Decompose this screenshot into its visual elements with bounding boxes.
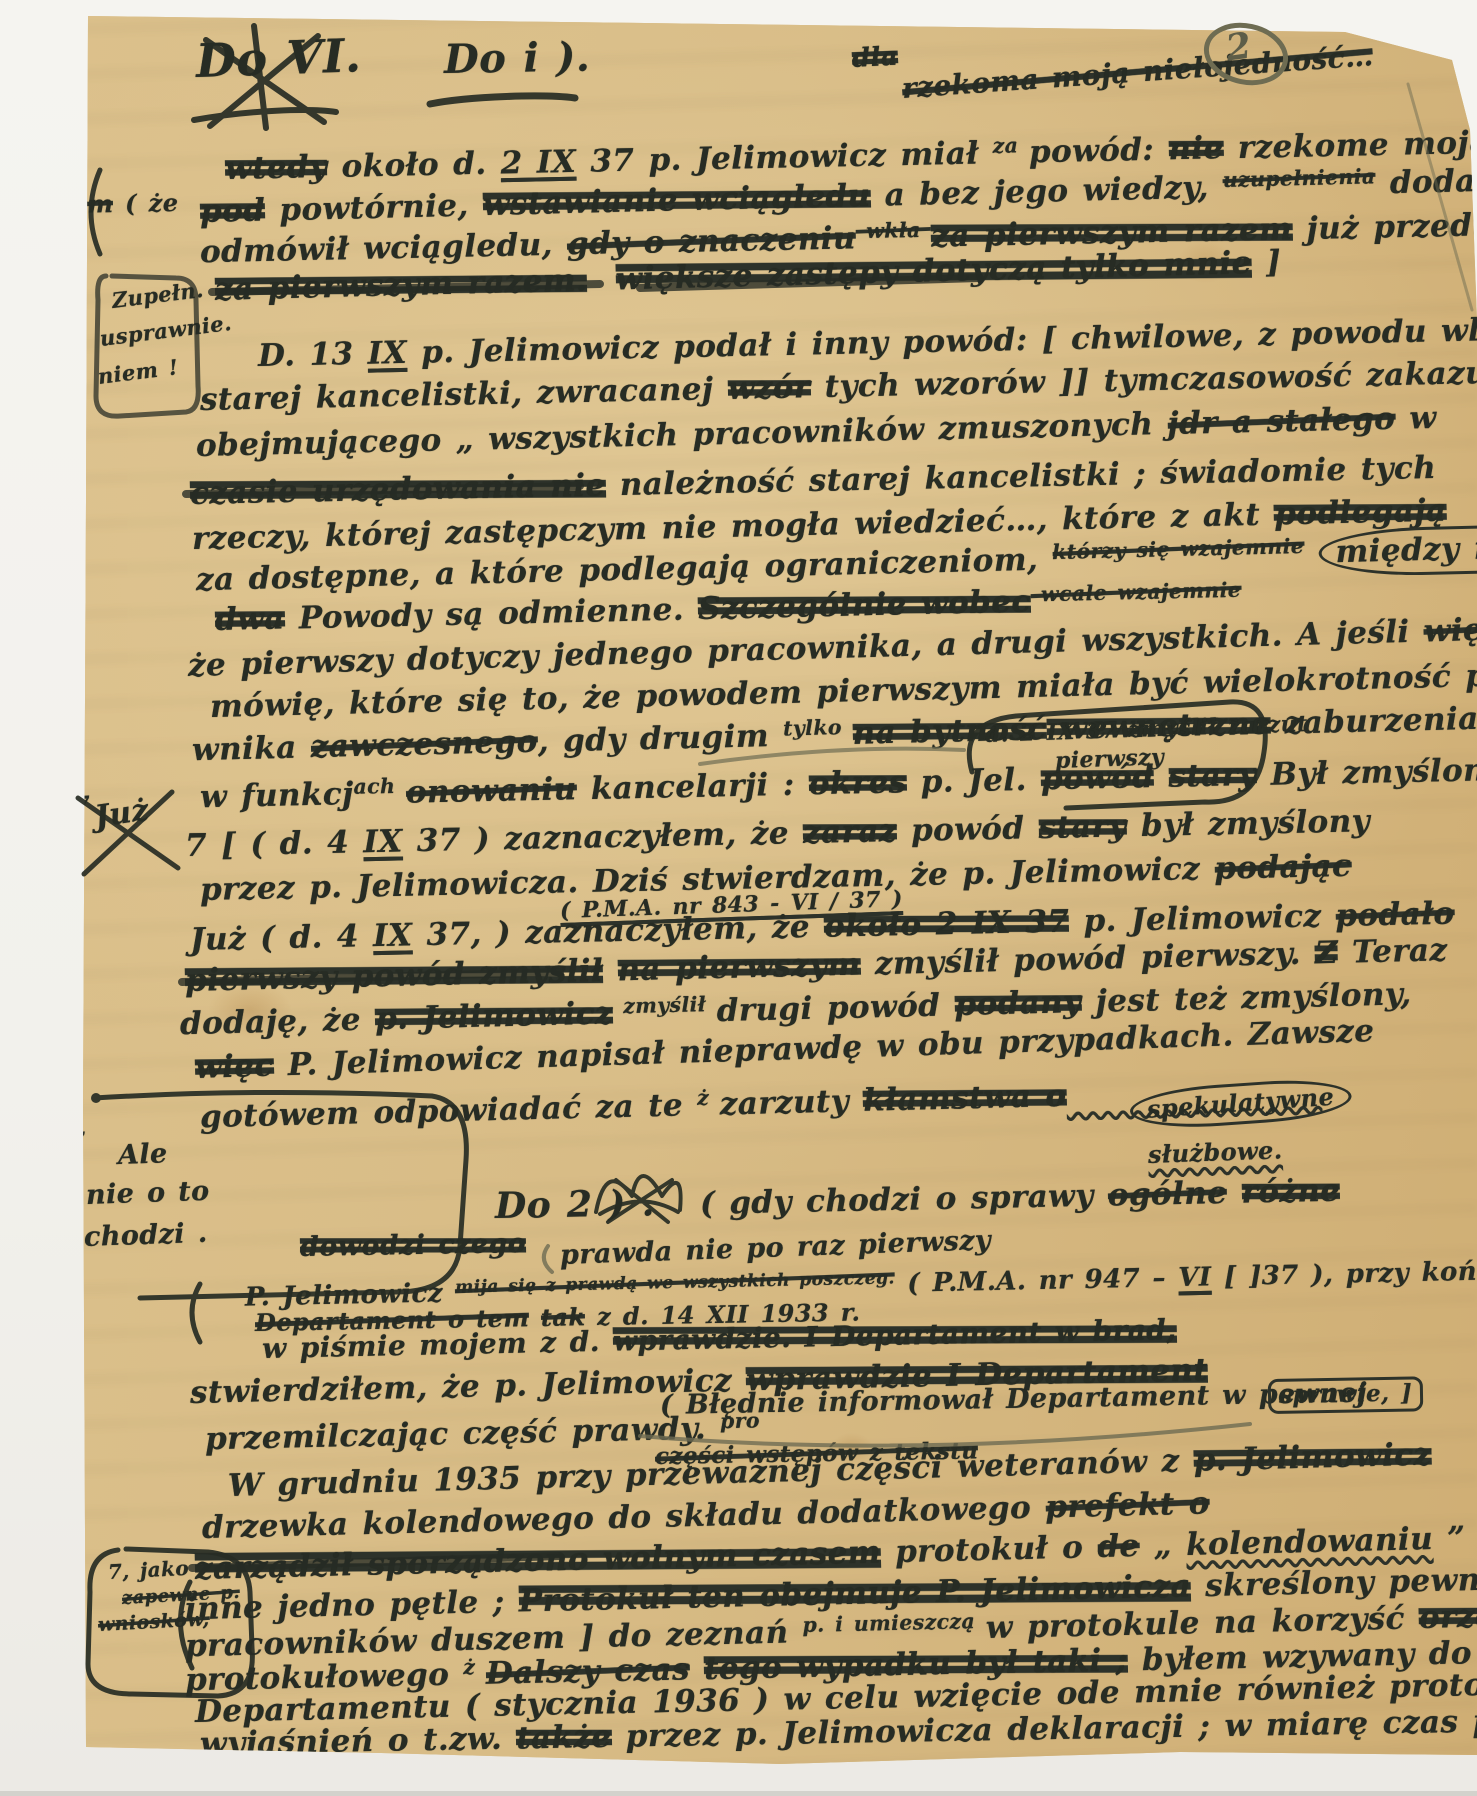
ink-segment: rzekoma moją niełojedność…	[901, 39, 1375, 105]
ink-segment: pierwszy	[1055, 744, 1165, 774]
ink-segment: protokuł o	[880, 1529, 1097, 1570]
ink-segment: w funkcj	[200, 776, 354, 815]
ink-segment: wtedy	[225, 149, 328, 187]
ink-segment: zaraz	[803, 813, 897, 851]
ink-segment: D. 13	[258, 336, 368, 374]
ink-segment: także	[516, 1719, 612, 1757]
ink-segment: służbowe.	[1147, 1135, 1282, 1169]
ink-segment: p. i umieszczą	[802, 1609, 986, 1637]
ink-segment	[1227, 1175, 1242, 1211]
ink-segment: podany	[954, 984, 1082, 1023]
margin-note-line: chodzi .	[83, 1218, 208, 1253]
ink-segment: prawda nie po raz pierwszy	[559, 1225, 991, 1271]
ink-segment: p. Jel.	[906, 762, 1041, 801]
ink-segment: Zupełn.	[110, 277, 204, 313]
ink-segment: wyjaśnień o t.zw.	[200, 1720, 517, 1762]
ink-segment: de	[1097, 1528, 1140, 1565]
insert-note: pierwszy	[1055, 744, 1165, 774]
ink-segment: więc	[194, 1048, 274, 1086]
ink-segment: onowaniu	[406, 771, 577, 811]
ink-segment: za pierwszym razem.	[215, 262, 588, 308]
ink-segment: ach	[353, 774, 406, 799]
ink-segment: gotówem odpowiadać za te	[200, 1087, 698, 1135]
ink-segment: tylko	[783, 715, 853, 741]
ink-segment: kancelarji :	[576, 766, 809, 807]
ink-segment: różne	[1241, 1173, 1341, 1211]
ink-segment: nie o to	[85, 1176, 210, 1211]
ink-segment: drugi powód	[716, 987, 955, 1029]
ink-segment: był zmyślony	[1126, 803, 1370, 844]
ink-segment: rzekome moję	[1223, 125, 1477, 167]
ink-segment: okres	[808, 764, 906, 802]
ink-segment: 7 [ ( d. 4	[185, 824, 364, 864]
margin-note-line: niem !	[96, 354, 179, 389]
ink-segment: podało	[1335, 896, 1455, 934]
ink-segment: wnika	[192, 729, 312, 768]
ink-segment: za	[992, 133, 1029, 158]
ink-segment: stary	[1168, 757, 1257, 795]
ink-segment: IX	[373, 917, 413, 954]
paper: Do VI.Do i ).dlarzekoma moją niełojednoś…	[0, 0, 1477, 1796]
ink-segment: Był zmyślony.	[1256, 752, 1477, 793]
ink-segment: Ale	[117, 1138, 168, 1171]
ink-segment: wstawianie wciągledu	[482, 178, 871, 223]
ink-segment: w piśmie mojem z d.	[262, 1325, 614, 1365]
ink-segment: pod	[200, 193, 266, 231]
ink-segment: niem !	[96, 354, 179, 389]
margin-note-line: usprawnie.	[98, 310, 233, 351]
ink-segment: jdr a stałego	[1167, 401, 1396, 442]
ink-segment: około d.	[327, 145, 501, 185]
ink-segment: dodaję, że	[180, 1001, 376, 1042]
ink-segment: więc	[1423, 611, 1477, 649]
margin-note-line: 7	[70, 1127, 87, 1154]
ink-segment: kłamstwa o	[863, 1078, 1067, 1119]
line: prawda nie po raz pierwszy	[559, 1225, 991, 1271]
ink-segment: już przedtem,	[1292, 206, 1477, 248]
ink-segment: uzupełnienia	[1222, 164, 1375, 192]
ink-segment: p. Jelimowicz	[375, 996, 614, 1038]
ink-segment: między niemi	[1318, 523, 1477, 578]
ink-segment: zarzuty	[719, 1083, 863, 1122]
line: rzekoma moją niełojedność…	[901, 39, 1375, 105]
margin-note-line: 7	[75, 791, 91, 816]
ink-segment: mija się z prawdą we wszystkich poszczeg…	[455, 1268, 895, 1297]
line: łam ( że	[62, 188, 179, 219]
ink-segment: 7	[70, 1127, 87, 1154]
ink-segment: ( że	[113, 188, 178, 218]
ink-segment: , gdy drugim	[537, 718, 783, 760]
ink-segment: Zawsze	[1247, 1013, 1375, 1053]
ink-segment: tych wzorów ]] tymczasowość zakazu,	[810, 355, 1477, 405]
ink-segment: ogólne	[1107, 1175, 1227, 1213]
ink-segment: powtórnie,	[265, 187, 483, 228]
ink-segment	[603, 952, 618, 988]
ink-segment: 37, ) zaznaczyłem, że	[412, 909, 824, 954]
heading-second: Do 2 ) .	[495, 1182, 655, 1227]
ink-segment: którzy się wzajemnie	[1052, 534, 1305, 564]
ink-segment: około 2 IX 37	[824, 904, 1070, 945]
heading-crossed: Do VI.	[195, 28, 362, 88]
margin-note-line: Zupełn.	[110, 277, 204, 313]
ink-segment: „	[1139, 1527, 1186, 1564]
ink-segment: p. Jelimowicz	[1069, 898, 1336, 940]
ink-segment: Już ( d. 4	[190, 918, 374, 958]
ink-segment: 7, jako	[107, 1556, 189, 1584]
ink-segment: pro	[720, 1408, 760, 1433]
ink-segment: Teraz	[1338, 932, 1448, 971]
ink-segment: ( P.M.A. nr 947 –	[895, 1263, 1179, 1299]
ink-segment: IX	[367, 335, 407, 372]
ink-segment: prefekt o	[1045, 1485, 1211, 1525]
ink-segment: sprawie, ]	[1268, 1376, 1424, 1414]
ink-segment: usprawnie.	[98, 310, 233, 351]
ink-segment: 37 ) zaznaczyłem, że	[402, 815, 803, 859]
ink-segment: Szczególnie wobec	[698, 584, 1031, 628]
ink-segment: w	[1395, 400, 1437, 437]
margin-note-line: Już	[93, 793, 152, 835]
margin-note-line: 7, jako	[107, 1556, 189, 1584]
ink-segment: a bez jego wiedzy,	[870, 169, 1223, 214]
ink-segment: stary	[1038, 808, 1127, 846]
ink-segment: łam	[62, 189, 114, 219]
insert-note: służbowe.	[1147, 1135, 1282, 1169]
ink-segment: zmyślił	[612, 992, 716, 1019]
margin-note-line: Ale	[117, 1138, 168, 1171]
ink-segment: na pierwszym	[617, 946, 861, 988]
ink-segment: Do i ).	[444, 33, 591, 83]
ink-segment: Powody są odmienne.	[284, 591, 698, 636]
ink-segment: ”	[1433, 1520, 1477, 1557]
ink-segment: zawczesnego	[310, 724, 538, 766]
margin-note-line: nie o to	[85, 1176, 210, 1211]
ink-segment: Już	[93, 793, 152, 835]
ink-segment: kolendowaniu	[1186, 1521, 1434, 1563]
ink-segment: dla	[851, 42, 899, 74]
line: sprawie, ]	[1268, 1379, 1424, 1409]
ink-segment: pierwszy powód zmyślił	[185, 953, 604, 999]
ink-segment: wzór	[727, 369, 811, 407]
ink-segment: IX	[363, 823, 403, 860]
ink-segment: Do 2 ) .	[495, 1182, 655, 1227]
ink-segment: ( gdy chodzi o sprawy	[700, 1177, 1109, 1222]
ink-segment: ż	[697, 1085, 720, 1110]
line: ( gdy chodzi o sprawy ogólne różne	[700, 1173, 1341, 1222]
ink-segment: starej kancelistki, zwracanej	[200, 371, 728, 418]
ink-segment: orzeczenia	[1419, 1596, 1477, 1636]
ink-segment: chodzi .	[83, 1218, 208, 1253]
ink-segment: nie	[1168, 130, 1224, 167]
ink-segment: ż	[463, 1655, 486, 1679]
ink-segment: p. Jelimowicz	[1193, 1436, 1432, 1478]
ink-segment: czasie urzędowania nie	[190, 467, 606, 512]
ink-segment: wkła	[855, 218, 931, 244]
ink-segment: 7	[75, 791, 91, 816]
ink-segment	[587, 262, 616, 299]
ink-segment: powód:	[1029, 131, 1169, 170]
line: dowodzi czego	[300, 1228, 527, 1263]
ink-segment	[690, 1651, 705, 1687]
ink-segment: wcale wzajemnie	[1030, 578, 1241, 607]
ink-segment	[1304, 535, 1319, 571]
ink-segment: 37 p. Jelimowicz miał	[576, 135, 993, 180]
ink-segment: Z	[1315, 935, 1339, 972]
ink-segment: Do VI.	[195, 28, 362, 88]
ink-segment: przemilczając część prawdy.	[205, 1410, 721, 1457]
ink-segment: podając	[1214, 848, 1352, 887]
ink-segment: 2 IX	[500, 144, 576, 182]
scanned-manuscript-page: Do VI.Do i ).dlarzekoma moją niełojednoś…	[0, 0, 1477, 1796]
ink-segment: [ ]37 ), przy końcu,	[1211, 1256, 1477, 1292]
ink-segment: dowodzi czego	[300, 1228, 527, 1263]
ink-segment: VI	[1178, 1262, 1212, 1293]
ink-segment: ]	[1251, 244, 1281, 281]
ink-segment: dwa	[215, 601, 285, 639]
ink-segment: powód	[896, 810, 1039, 849]
heading-main: Do i ).	[444, 33, 591, 83]
line: dla	[851, 42, 899, 74]
